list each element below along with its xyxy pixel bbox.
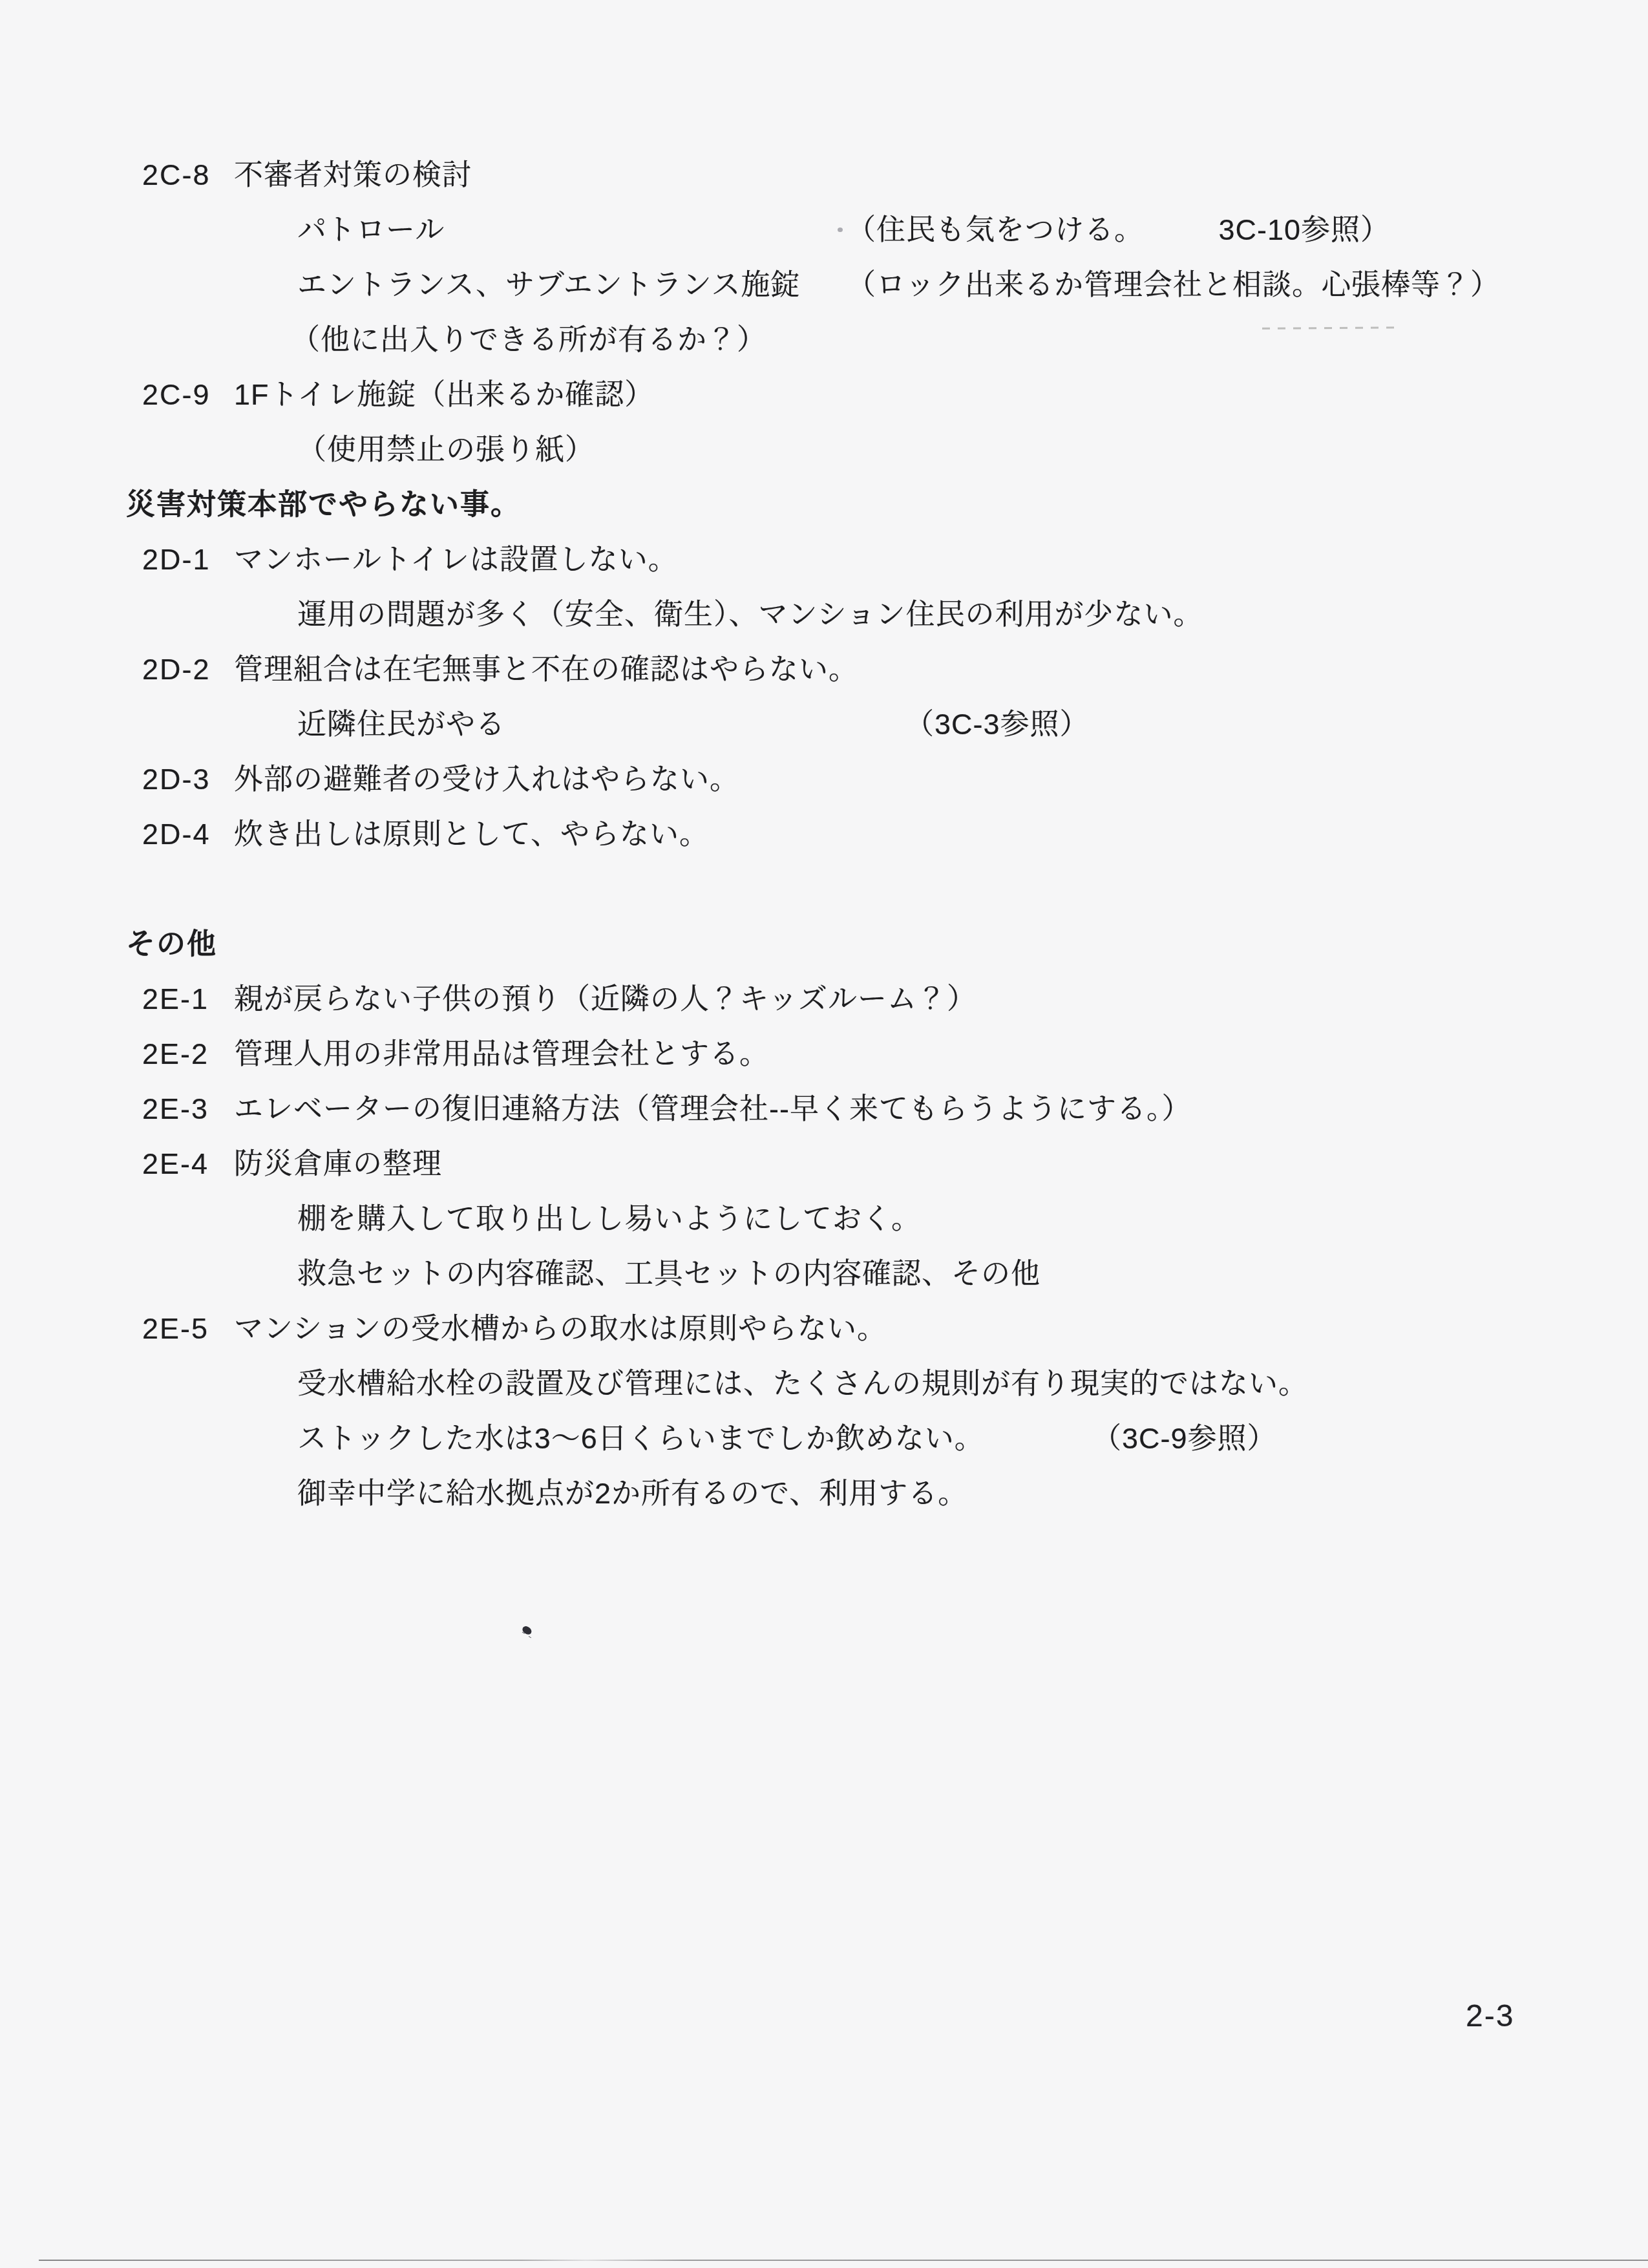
document-line: 2C-8不審者対策の検討: [0, 158, 1648, 198]
line-text: エレベーターの復旧連絡方法（管理会社--早く来てもらうようにする。）: [234, 1092, 1191, 1125]
line-text: 不審者対策の検討: [234, 158, 472, 191]
document-line: 2E-2管理人用の非常用品は管理会社とする。: [0, 1037, 1648, 1077]
line-main: 2E-1親が戻らない子供の預り（近隣の人？キッズルーム？）: [142, 982, 977, 1016]
line-text: 御幸中学に給水拠点が2か所有るので、利用する。: [297, 1477, 967, 1510]
document-line: （使用禁止の張り紙）: [0, 433, 1648, 473]
line-main: 2D-2管理組合は在宅無事と不在の確認はやらない。: [142, 653, 858, 686]
document-line: 2E-1親が戻らない子供の預り（近隣の人？キッズルーム？）: [0, 982, 1648, 1023]
line-main: 2C-8不審者対策の検討: [142, 158, 472, 192]
document-line: 2E-3エレベーターの復旧連絡方法（管理会社--早く来てもらうようにする。）: [0, 1092, 1648, 1132]
document-line: エントランス、サブエントランス施錠（ロック出来るか管理会社と相談。心張棒等？）: [0, 268, 1648, 308]
line-main: エントランス、サブエントランス施錠: [297, 268, 800, 302]
document-line: 2E-4防災倉庫の整理: [0, 1147, 1648, 1187]
item-id: 2D-2: [142, 653, 234, 686]
line-main: 2E-4防災倉庫の整理: [142, 1147, 442, 1181]
line-main: 2E-5マンションの受水槽からの取水は原則やらない。: [142, 1312, 887, 1346]
line-main: 2E-3エレベーターの復旧連絡方法（管理会社--早く来てもらうようにする。）: [142, 1092, 1191, 1126]
line-main: 2D-1マンホールトイレは設置しない。: [142, 543, 678, 577]
document-line: 御幸中学に給水拠点が2か所有るので、利用する。: [0, 1477, 1648, 1517]
line-main: 近隣住民がやる: [297, 708, 505, 741]
line-main: （使用禁止の張り紙）: [297, 433, 595, 467]
line-main: 2D-4炊き出しは原則として、やらない。: [142, 818, 709, 851]
line-main: 2D-3外部の避難者の受け入れはやらない。: [142, 763, 739, 796]
document-line: 2E-5マンションの受水槽からの取水は原則やらない。: [0, 1312, 1648, 1352]
item-id: 2D-3: [142, 763, 234, 796]
line-text: その他: [126, 927, 217, 960]
document-line: （他に出入りできる所が有るか？）: [0, 323, 1648, 363]
line-text: 管理人用の非常用品は管理会社とする。: [234, 1037, 769, 1070]
item-id: 2E-2: [142, 1037, 234, 1071]
item-id: 2E-1: [142, 982, 234, 1016]
line-main: ストックした水は3～6日くらいまでしか飲めない。: [297, 1422, 984, 1456]
line-text: 炊き出しは原則として、やらない。: [234, 818, 709, 851]
line-text: （他に出入りできる所が有るか？）: [291, 323, 766, 356]
item-id: 2E-4: [142, 1147, 234, 1181]
line-main: 2E-2管理人用の非常用品は管理会社とする。: [142, 1037, 769, 1071]
line-main: 2C-91Fトイレ施錠（出来るか確認）: [142, 378, 654, 412]
reference-annotation: （住民も気をつける。 3C-10参照）: [847, 213, 1390, 247]
item-id: 2E-3: [142, 1092, 234, 1126]
line-text: ストックした水は3～6日くらいまでしか飲めない。: [297, 1422, 984, 1455]
line-text: 受水槽給水栓の設置及び管理には、たくさんの規則が有り現実的ではない。: [297, 1367, 1308, 1400]
line-main: パトロール: [297, 213, 445, 247]
line-text: 管理組合は在宅無事と不在の確認はやらない。: [234, 653, 858, 686]
line-main: 救急セットの内容確認、工具セットの内容確認、その他: [297, 1257, 1041, 1291]
document-line: 災害対策本部でやらない事。: [0, 488, 1648, 528]
line-text: 外部の避難者の受け入れはやらない。: [234, 763, 739, 796]
line-text: （使用禁止の張り紙）: [297, 433, 595, 466]
reference-annotation: （3C-9参照）: [1092, 1422, 1277, 1456]
line-text: 親が戻らない子供の預り（近隣の人？キッズルーム？）: [234, 982, 977, 1015]
line-text: 棚を購入して取り出しし易いようにしておく。: [297, 1202, 921, 1235]
scan-speck: [838, 228, 843, 232]
document-line: 2D-2管理組合は在宅無事と不在の確認はやらない。: [0, 653, 1648, 693]
item-id: 2C-9: [142, 378, 234, 412]
document-line: ストックした水は3～6日くらいまでしか飲めない。（3C-9参照）: [0, 1422, 1648, 1462]
item-id: 2E-5: [142, 1312, 234, 1346]
line-text: マンションの受水槽からの取水は原則やらない。: [234, 1312, 887, 1345]
document-line: 2D-1マンホールトイレは設置しない。: [0, 543, 1648, 583]
document-line: 2D-3外部の避難者の受け入れはやらない。: [0, 763, 1648, 803]
document-line: パトロール（住民も気をつける。 3C-10参照）: [0, 213, 1648, 253]
document-line: 2D-4炊き出しは原則として、やらない。: [0, 818, 1648, 858]
document-line: 運用の問題が多く（安全、衛生）、マンション住民の利用が少ない。: [0, 598, 1648, 638]
line-main: 御幸中学に給水拠点が2か所有るので、利用する。: [297, 1477, 967, 1510]
scan-edge-shadow: [39, 2260, 1648, 2261]
line-main: 受水槽給水栓の設置及び管理には、たくさんの規則が有り現実的ではない。: [297, 1367, 1308, 1401]
document-line: 近隣住民がやる（3C-3参照）: [0, 708, 1648, 748]
line-text: マンホールトイレは設置しない。: [234, 543, 678, 576]
line-text: 災害対策本部でやらない事。: [126, 488, 521, 521]
line-text: 防災倉庫の整理: [234, 1147, 442, 1180]
line-text: 近隣住民がやる: [297, 708, 505, 741]
item-id: 2D-1: [142, 543, 234, 577]
document-line: 棚を購入して取り出しし易いようにしておく。: [0, 1202, 1648, 1242]
line-text: 運用の問題が多く（安全、衛生）、マンション住民の利用が少ない。: [297, 598, 1203, 631]
document-line: その他: [0, 927, 1648, 968]
line-text: エントランス、サブエントランス施錠: [297, 268, 800, 301]
scanned-document-page: 2C-8不審者対策の検討パトロール（住民も気をつける。 3C-10参照）エントラ…: [0, 0, 1648, 2268]
item-id: 2C-8: [142, 158, 234, 192]
item-id: 2D-4: [142, 818, 234, 851]
document-line: 受水槽給水栓の設置及び管理には、たくさんの規則が有り現実的ではない。: [0, 1367, 1648, 1407]
line-text: 1Fトイレ施錠（出来るか確認）: [234, 378, 654, 411]
reference-annotation: （ロック出来るか管理会社と相談。心張棒等？）: [847, 268, 1500, 302]
document-line: 2C-91Fトイレ施錠（出来るか確認）: [0, 378, 1648, 418]
line-main: 棚を購入して取り出しし易いようにしておく。: [297, 1202, 921, 1236]
line-text: パトロール: [297, 213, 445, 246]
section-heading: 災害対策本部でやらない事。: [126, 488, 521, 522]
line-main: 運用の問題が多く（安全、衛生）、マンション住民の利用が少ない。: [297, 598, 1203, 631]
line-main: （他に出入りできる所が有るか？）: [291, 323, 766, 357]
document-line: 救急セットの内容確認、工具セットの内容確認、その他: [0, 1257, 1648, 1297]
reference-annotation: （3C-3参照）: [905, 708, 1090, 741]
ink-speck: [521, 1625, 533, 1636]
page-number: 2-3: [1466, 1998, 1514, 2034]
section-heading: その他: [126, 927, 217, 961]
line-text: 救急セットの内容確認、工具セットの内容確認、その他: [297, 1257, 1041, 1290]
